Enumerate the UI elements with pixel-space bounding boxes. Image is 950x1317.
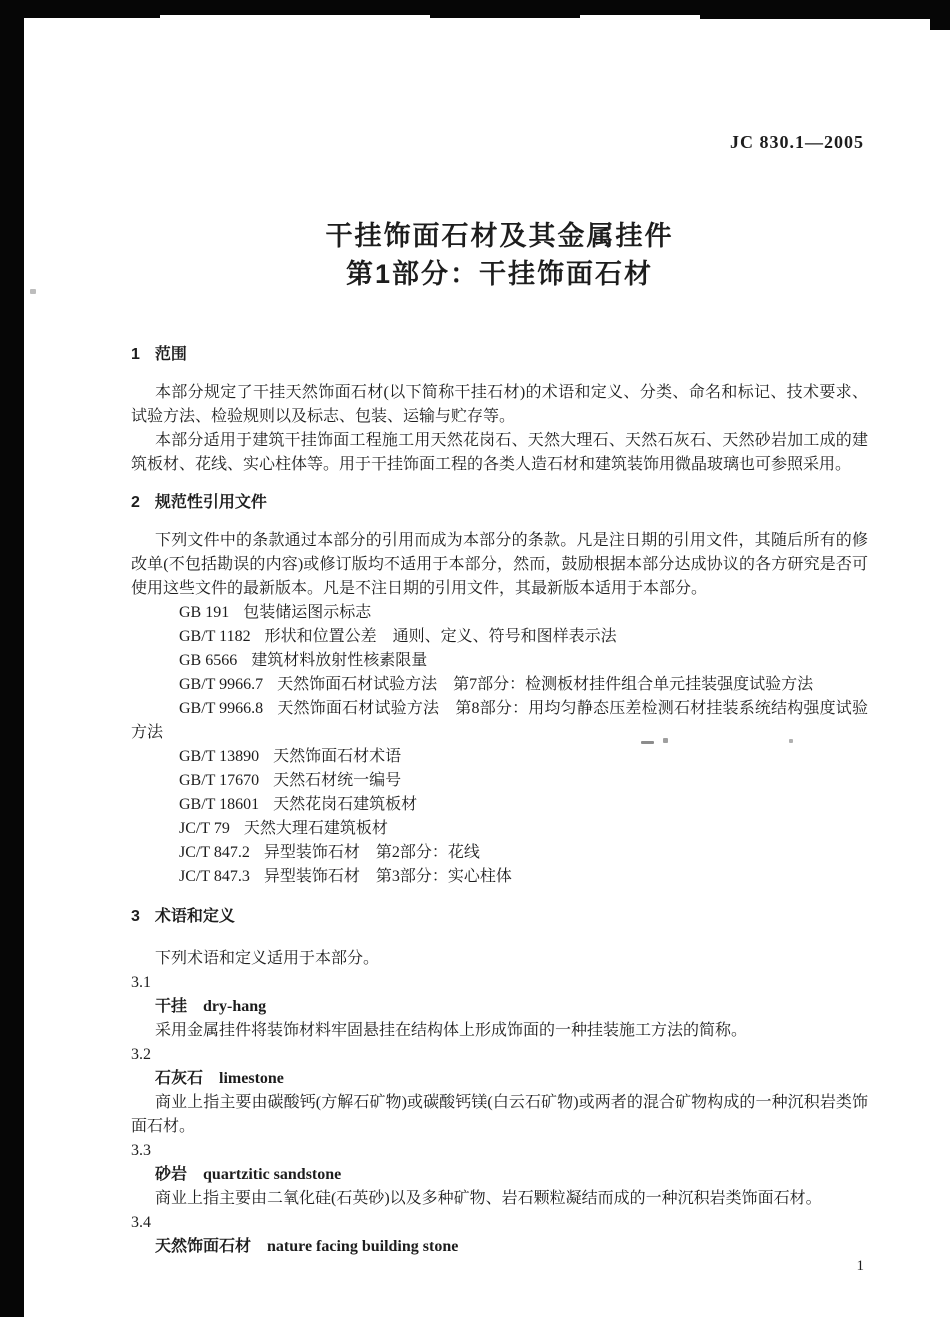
- reference-code: GB/T 13890: [155, 745, 259, 769]
- term-name: 石灰石limestone: [131, 1067, 868, 1091]
- term-definition: 采用金属挂件将装饰材料牢固悬挂在结构体上形成饰面的一种挂装施工方法的简称。: [131, 1019, 868, 1043]
- page-content: JC 830.1—2005 干挂饰面石材及其金属挂件 第1部分：干挂饰面石材 1…: [131, 0, 868, 1259]
- scanned-document-page: { "document": { "code": "JC 830.1—2005",…: [0, 0, 950, 1317]
- reference-title: 天然饰面石材术语: [273, 748, 401, 765]
- document-title-line1: 干挂饰面石材及其金属挂件: [131, 217, 868, 255]
- reference-title: 包装储运图示标志: [243, 604, 371, 621]
- document-title: 干挂饰面石材及其金属挂件 第1部分：干挂饰面石材: [131, 217, 868, 293]
- term-block: 3.4 天然饰面石材nature facing building stone: [131, 1211, 868, 1259]
- reference-item: GB/T 18601天然花岗石建筑板材: [131, 793, 868, 817]
- reference-code: GB/T 9966.8: [155, 697, 263, 721]
- reference-code: GB 6566: [155, 649, 237, 673]
- term-block: 3.3 砂岩quartzitic sandstone 商业上指主要由二氧化硅(石…: [131, 1139, 868, 1211]
- term-name-en: nature facing building stone: [267, 1238, 458, 1255]
- reference-code: GB/T 1182: [155, 625, 251, 649]
- term-name-en: limestone: [219, 1070, 284, 1087]
- reference-item: JC/T 847.2异型装饰石材 第2部分：花线: [131, 841, 868, 865]
- reference-code: GB/T 17670: [155, 769, 259, 793]
- reference-title: 天然石材统一编号: [273, 772, 401, 789]
- reference-item: GB/T 9966.8天然饰面石材试验方法 第8部分：用均匀静态压差检测石材挂装…: [131, 697, 868, 745]
- reference-title: 天然花岗石建筑板材: [273, 796, 417, 813]
- standard-code: JC 830.1—2005: [131, 132, 868, 153]
- section3-intro: 下列术语和定义适用于本部分。: [131, 947, 868, 971]
- reference-code: JC/T 847.3: [155, 865, 250, 889]
- section3-number: 3: [131, 907, 140, 927]
- section1-paragraph: 本部分适用于建筑干挂饰面工程施工用天然花岗石、天然大理石、天然石灰石、天然砂岩加…: [131, 429, 868, 477]
- term-name-en: quartzitic sandstone: [203, 1166, 341, 1183]
- reference-item: JC/T 79天然大理石建筑板材: [131, 817, 868, 841]
- reference-title: 异型装饰石材 第2部分：花线: [264, 844, 480, 861]
- term-name-cn: 干挂: [155, 998, 187, 1015]
- term-number: 3.3: [131, 1139, 868, 1163]
- reference-item: GB 6566建筑材料放射性核素限量: [131, 649, 868, 673]
- section2-paragraph: 下列文件中的条款通过本部分的引用而成为本部分的条款。凡是注日期的引用文件，其随后…: [131, 529, 868, 601]
- scan-border-left: [0, 0, 24, 1317]
- reference-item: GB/T 17670天然石材统一编号: [131, 769, 868, 793]
- term-name: 干挂dry-hang: [131, 995, 868, 1019]
- term-name-cn: 石灰石: [155, 1070, 203, 1087]
- reference-title: 建筑材料放射性核素限量: [251, 652, 427, 669]
- reference-title: 天然饰面石材试验方法 第7部分：检测板材挂件组合单元挂装强度试验方法: [277, 676, 813, 693]
- term-name-en: dry-hang: [203, 998, 266, 1015]
- document-title-line2: 第1部分：干挂饰面石材: [131, 255, 868, 293]
- reference-title: 形状和位置公差 通则、定义、符号和图样表示法: [265, 628, 617, 645]
- section1-number: 1: [131, 345, 140, 365]
- term-definition: 商业上指主要由碳酸钙(方解石矿物)或碳酸钙镁(白云石矿物)或两者的混合矿物构成的…: [131, 1091, 868, 1139]
- reference-item: GB 191包装储运图示标志: [131, 601, 868, 625]
- section3-heading-label: 术语和定义: [155, 908, 235, 925]
- reference-item: GB/T 13890天然饰面石材术语: [131, 745, 868, 769]
- section3-heading: 3术语和定义: [131, 907, 868, 927]
- section2-heading: 2规范性引用文件: [131, 493, 868, 513]
- scan-corner-mark: [930, 0, 950, 30]
- term-name: 天然饰面石材nature facing building stone: [131, 1235, 868, 1259]
- reference-code: GB 191: [155, 601, 229, 625]
- reference-code: JC/T 79: [155, 817, 230, 841]
- section1-heading: 1范围: [131, 345, 868, 365]
- reference-title: 天然大理石建筑板材: [244, 820, 388, 837]
- reference-code: GB/T 9966.7: [155, 673, 263, 697]
- page-number: 1: [857, 1258, 865, 1275]
- term-block: 3.2 石灰石limestone 商业上指主要由碳酸钙(方解石矿物)或碳酸钙镁(…: [131, 1043, 868, 1139]
- scan-artifact-dot: [30, 289, 36, 294]
- term-number: 3.2: [131, 1043, 868, 1067]
- reference-code: GB/T 18601: [155, 793, 259, 817]
- term-block: 3.1 干挂dry-hang 采用金属挂件将装饰材料牢固悬挂在结构体上形成饰面的…: [131, 971, 868, 1043]
- reference-item: GB/T 9966.7天然饰面石材试验方法 第7部分：检测板材挂件组合单元挂装强…: [131, 673, 868, 697]
- reference-title: 异型装饰石材 第3部分：实心柱体: [264, 868, 512, 885]
- term-number: 3.1: [131, 971, 868, 995]
- section1-paragraph: 本部分规定了干挂天然饰面石材(以下简称干挂石材)的术语和定义、分类、命名和标记、…: [131, 381, 868, 429]
- term-definition: 商业上指主要由二氧化硅(石英砂)以及多种矿物、岩石颗粒凝结而成的一种沉积岩类饰面…: [131, 1187, 868, 1211]
- section2-number: 2: [131, 493, 140, 513]
- section2-heading-label: 规范性引用文件: [155, 494, 267, 511]
- reference-code: JC/T 847.2: [155, 841, 250, 865]
- term-name: 砂岩quartzitic sandstone: [131, 1163, 868, 1187]
- reference-item: GB/T 1182形状和位置公差 通则、定义、符号和图样表示法: [131, 625, 868, 649]
- normative-reference-list: GB 191包装储运图示标志 GB/T 1182形状和位置公差 通则、定义、符号…: [131, 601, 868, 889]
- term-name-cn: 砂岩: [155, 1166, 187, 1183]
- reference-item: JC/T 847.3异型装饰石材 第3部分：实心柱体: [131, 865, 868, 889]
- section1-heading-label: 范围: [155, 346, 187, 363]
- term-name-cn: 天然饰面石材: [155, 1238, 251, 1255]
- term-number: 3.4: [131, 1211, 868, 1235]
